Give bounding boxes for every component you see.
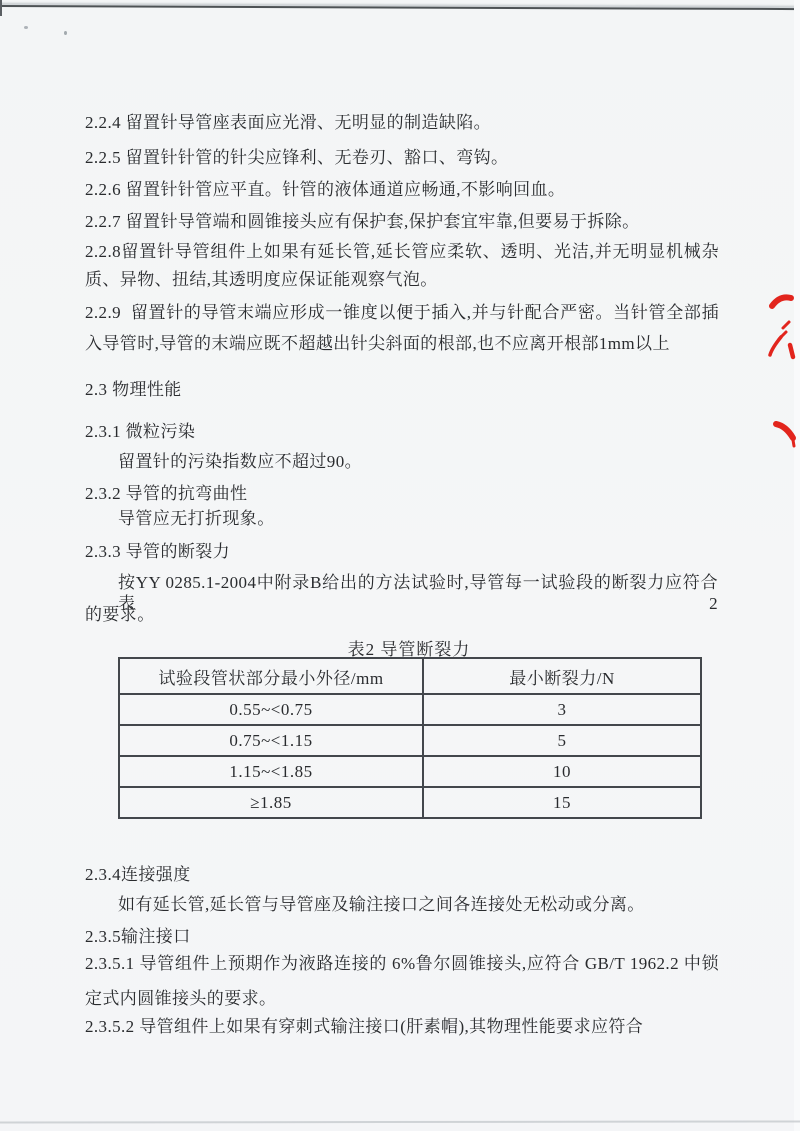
table-cell-diameter: ≥1.85 bbox=[119, 787, 423, 818]
clause-2-2-9-line-1: 2.2.9 留置针的导管末端应形成一锥度以便于插入,并与针配合严密。当针管全部插 bbox=[85, 302, 719, 323]
clause-2-2-7: 2.2.7 留置针导管端和圆锥接头应有保护套,保护套宜牢靠,但要易于拆除。 bbox=[85, 211, 640, 232]
scan-bottom-edge bbox=[0, 1120, 800, 1123]
scan-right-edge bbox=[788, 4, 793, 1100]
scan-right-margin bbox=[794, 0, 800, 1131]
table-cell-force: 3 bbox=[423, 694, 701, 725]
table-row: 0.75~<1.15 5 bbox=[119, 725, 701, 756]
clause-2-2-4: 2.2.4 留置针导管座表面应光滑、无明显的制造缺陷。 bbox=[85, 112, 491, 133]
clause-2-3-3-line-1: 按YY 0285.1-2004中附录B给出的方法试验时,导管每一试验段的断裂力应… bbox=[118, 572, 718, 614]
clause-2-3-4-body: 如有延长管,延长管与导管座及输注接口之间各连接处无松动或分离。 bbox=[118, 894, 645, 915]
clause-2-3-5-2: 2.3.5.2 导管组件上如果有穿刺式输注接口(肝素帽),其物理性能要求应符合 bbox=[85, 1016, 643, 1037]
heading-2-3-3: 2.3.3 导管的断裂力 bbox=[85, 541, 230, 562]
heading-2-3: 2.3 物理性能 bbox=[85, 379, 182, 400]
clause-2-2-9-line-2: 入导管时,导管的末端应既不超越出针尖斜面的根部,也不应离开根部1mm以上 bbox=[85, 333, 670, 354]
heading-2-3-5: 2.3.5输注接口 bbox=[85, 926, 191, 947]
table-cell-force: 5 bbox=[423, 725, 701, 756]
clause-2-3-5-1-line-2: 定式内圆锥接头的要求。 bbox=[85, 988, 276, 1009]
scan-speck bbox=[24, 26, 28, 29]
scanned-document-page: 2.2.4 留置针导管座表面应光滑、无明显的制造缺陷。 2.2.5 留置针针管的… bbox=[0, 0, 800, 1131]
clause-2-3-3-line-2: 的要求。 bbox=[85, 604, 155, 625]
clause-2-2-8-line-1: 2.2.8留置针导管组件上如果有延长管,延长管应柔软、透明、光洁,并无明显机械杂 bbox=[85, 241, 719, 262]
heading-2-3-4: 2.3.4连接强度 bbox=[85, 864, 191, 885]
table-cell-diameter: 1.15~<1.85 bbox=[119, 756, 423, 787]
clause-2-2-6: 2.2.6 留置针针管应平直。针管的液体通道应畅通,不影响回血。 bbox=[85, 179, 565, 200]
table-cell-diameter: 0.75~<1.15 bbox=[119, 725, 423, 756]
clause-2-3-1-body: 留置针的污染指数应不超过90。 bbox=[118, 451, 362, 472]
heading-2-3-1: 2.3.1 微粒污染 bbox=[85, 421, 195, 442]
table-row: ≥1.85 15 bbox=[119, 787, 701, 818]
red-pen-annotation-upper bbox=[748, 283, 800, 373]
scan-top-edge bbox=[0, 5, 800, 10]
table-cell-force: 15 bbox=[423, 787, 701, 818]
clause-2-3-5-1-line-1: 2.3.5.1 导管组件上预期作为液路连接的 6%鲁尔圆锥接头,应符合 GB/T… bbox=[85, 953, 719, 974]
red-pen-tick-icon bbox=[772, 297, 791, 306]
breaking-force-table: 试验段管状部分最小外径/mm 最小断裂力/N 0.55~<0.75 3 0.75… bbox=[118, 657, 702, 819]
clause-2-2-8-line-2: 质、异物、扭结,其透明度应保证能观察气泡。 bbox=[85, 269, 438, 290]
table-cell-diameter: 0.55~<0.75 bbox=[119, 694, 423, 725]
clause-2-2-5: 2.2.5 留置针针管的针尖应锋利、无卷刃、豁口、弯钩。 bbox=[85, 147, 508, 168]
scan-corner-tick bbox=[0, 0, 2, 16]
table-header-diameter: 试验段管状部分最小外径/mm bbox=[119, 658, 423, 694]
table-header-force: 最小断裂力/N bbox=[423, 658, 701, 694]
clause-2-3-2-body: 导管应无打折现象。 bbox=[118, 508, 275, 529]
table-cell-force: 10 bbox=[423, 756, 701, 787]
heading-2-3-2: 2.3.2 导管的抗弯曲性 bbox=[85, 483, 247, 504]
table-header-row: 试验段管状部分最小外径/mm 最小断裂力/N bbox=[119, 658, 701, 694]
red-pen-annotation-lower bbox=[748, 413, 800, 457]
red-pen-stroke-icon bbox=[776, 424, 793, 438]
table-row: 1.15~<1.85 10 bbox=[119, 756, 701, 787]
table-row: 0.55~<0.75 3 bbox=[119, 694, 701, 725]
scan-speck bbox=[64, 31, 67, 35]
red-pen-scribble-icon bbox=[770, 337, 781, 355]
